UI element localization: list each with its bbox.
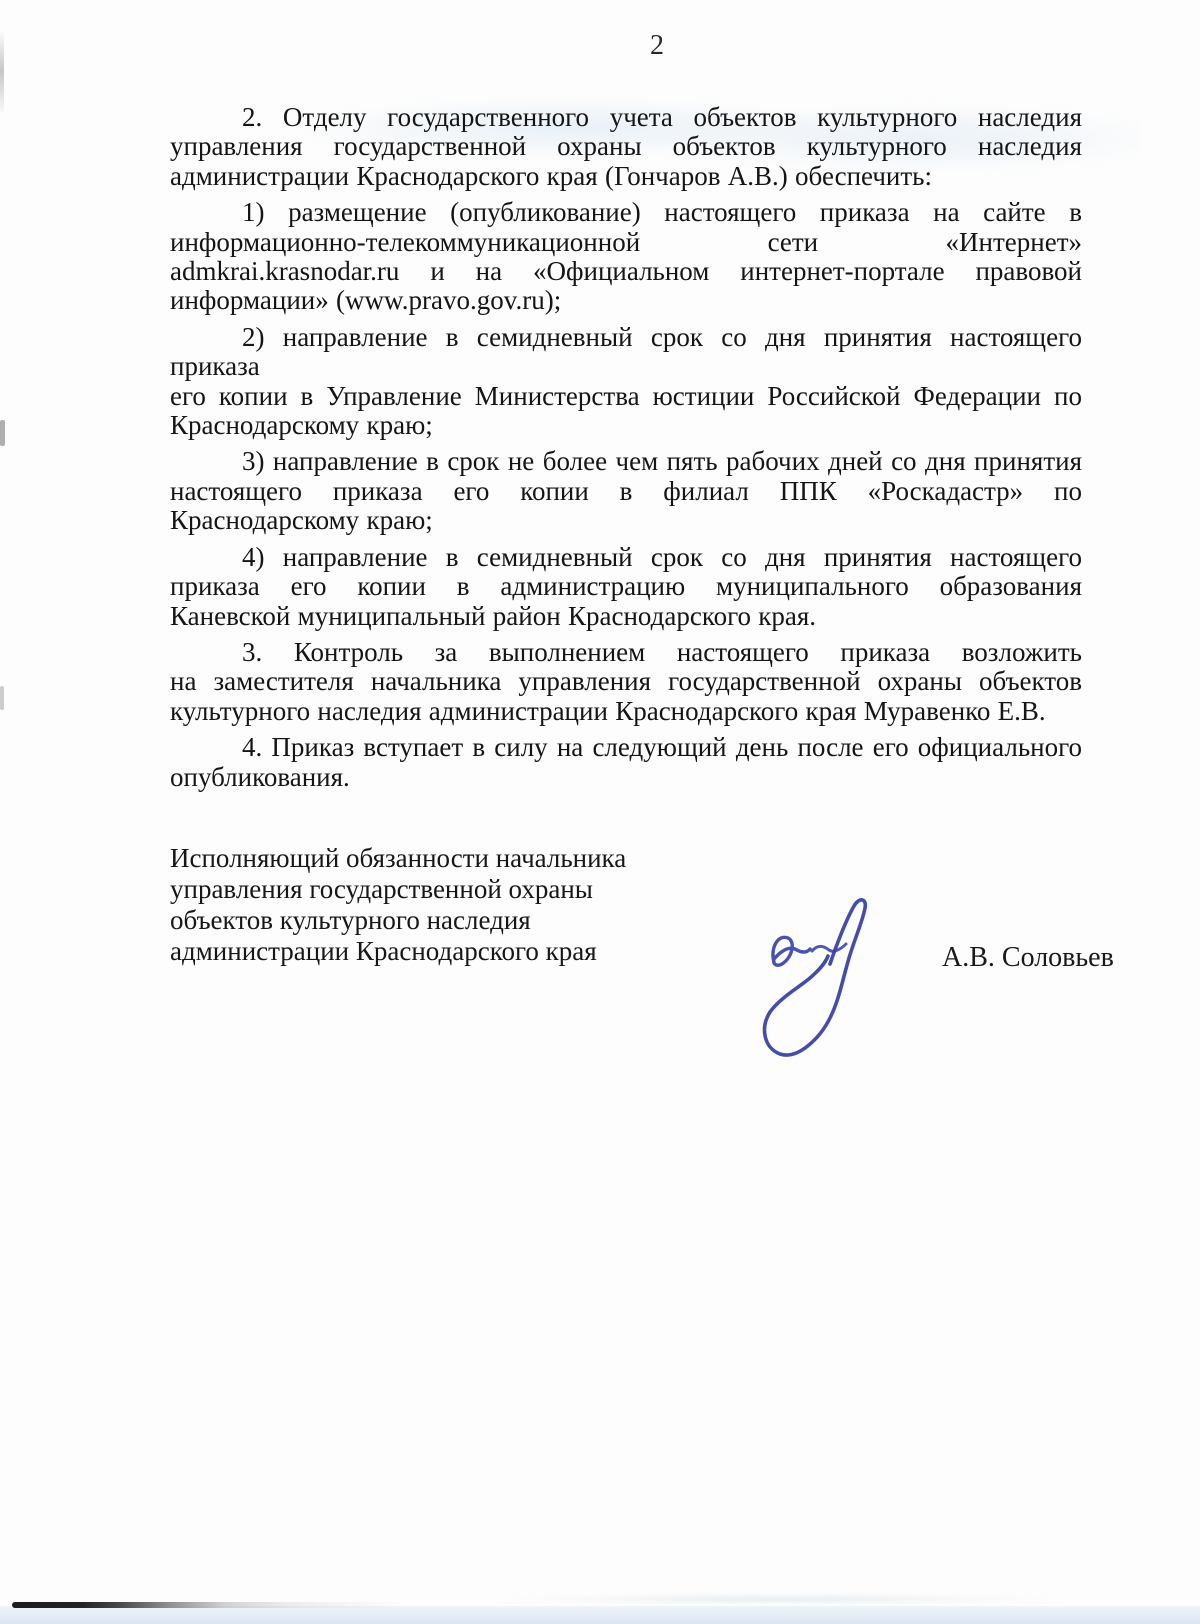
- signatory-role-line: объектов культурного наследия: [170, 905, 690, 936]
- paragraph: 2) направление в семидневный срок со дня…: [170, 323, 1082, 441]
- text-line: на заместителя начальника управления гос…: [170, 667, 1082, 696]
- text-line: настоящего приказа его копии в филиал ПП…: [170, 477, 1082, 506]
- paragraph: 2. Отделу государственного учета объекто…: [170, 103, 1082, 191]
- paragraph: 3) направление в срок не более чем пять …: [170, 447, 1082, 535]
- text-line: 2. Отделу государственного учета объекто…: [170, 103, 1082, 132]
- text-line: администрации Краснодарского края (Гонча…: [170, 162, 1082, 191]
- paragraph: 3. Контроль за выполнением настоящего пр…: [170, 638, 1082, 726]
- scan-smudge-artifact: [420, 1594, 1140, 1604]
- document-body: 2. Отделу государственного учета объекто…: [170, 103, 1082, 799]
- scan-edge-artifact: [0, 30, 4, 112]
- scanned-document-page: 2 2. Отделу государственного учета объек…: [0, 0, 1200, 1624]
- text-line: admkrai.krasnodar.ru и на «Официальном и…: [170, 257, 1082, 286]
- text-line: 1) размещение (опубликование) настоящего…: [170, 198, 1082, 227]
- scan-edge-artifact: [0, 686, 4, 710]
- text-line: 3. Контроль за выполнением настоящего пр…: [170, 638, 1082, 667]
- signatory-name: А.В. Соловьев: [942, 942, 1114, 974]
- text-line: Краснодарскому краю;: [170, 506, 1082, 535]
- text-line: Краснодарскому краю;: [170, 411, 1082, 440]
- text-line: 2) направление в семидневный срок со дня…: [170, 323, 1082, 382]
- signature-block: Исполняющий обязанности начальника управ…: [170, 843, 690, 967]
- paragraph: 1) размещение (опубликование) настоящего…: [170, 198, 1082, 316]
- signatory-role-line: Исполняющий обязанности начальника: [170, 843, 690, 874]
- text-line: опубликования.: [170, 763, 1082, 792]
- text-line: приказа его копии в администрацию муници…: [170, 572, 1082, 601]
- text-line: его копии в Управление Министерства юсти…: [170, 382, 1082, 411]
- signatory-role-line: управления государственной охраны: [170, 874, 690, 905]
- text-line: 4) направление в семидневный срок со дня…: [170, 543, 1082, 572]
- handwritten-signature-icon: [722, 876, 882, 1076]
- text-line: 3) направление в срок не более чем пять …: [170, 447, 1082, 476]
- paragraph: 4) направление в семидневный срок со дня…: [170, 543, 1082, 631]
- text-line: управления государственной охраны объект…: [170, 132, 1082, 161]
- text-line: информации» (www.pravo.gov.ru);: [170, 286, 1082, 315]
- page-number: 2: [170, 30, 1145, 62]
- text-line: культурного наследия администрации Красн…: [170, 697, 1082, 726]
- scan-bottom-band-artifact: [0, 1606, 1200, 1624]
- paragraph: 4. Приказ вступает в силу на следующий д…: [170, 733, 1082, 792]
- text-line: Каневской муниципальный район Краснодарс…: [170, 602, 1082, 631]
- signatory-role-line: администрации Краснодарского края: [170, 936, 690, 967]
- text-line: информационно-телекоммуникационной сети …: [170, 228, 1082, 257]
- scan-line-artifact: [12, 1602, 402, 1608]
- text-line: 4. Приказ вступает в силу на следующий д…: [170, 733, 1082, 762]
- scan-edge-artifact: [0, 420, 5, 446]
